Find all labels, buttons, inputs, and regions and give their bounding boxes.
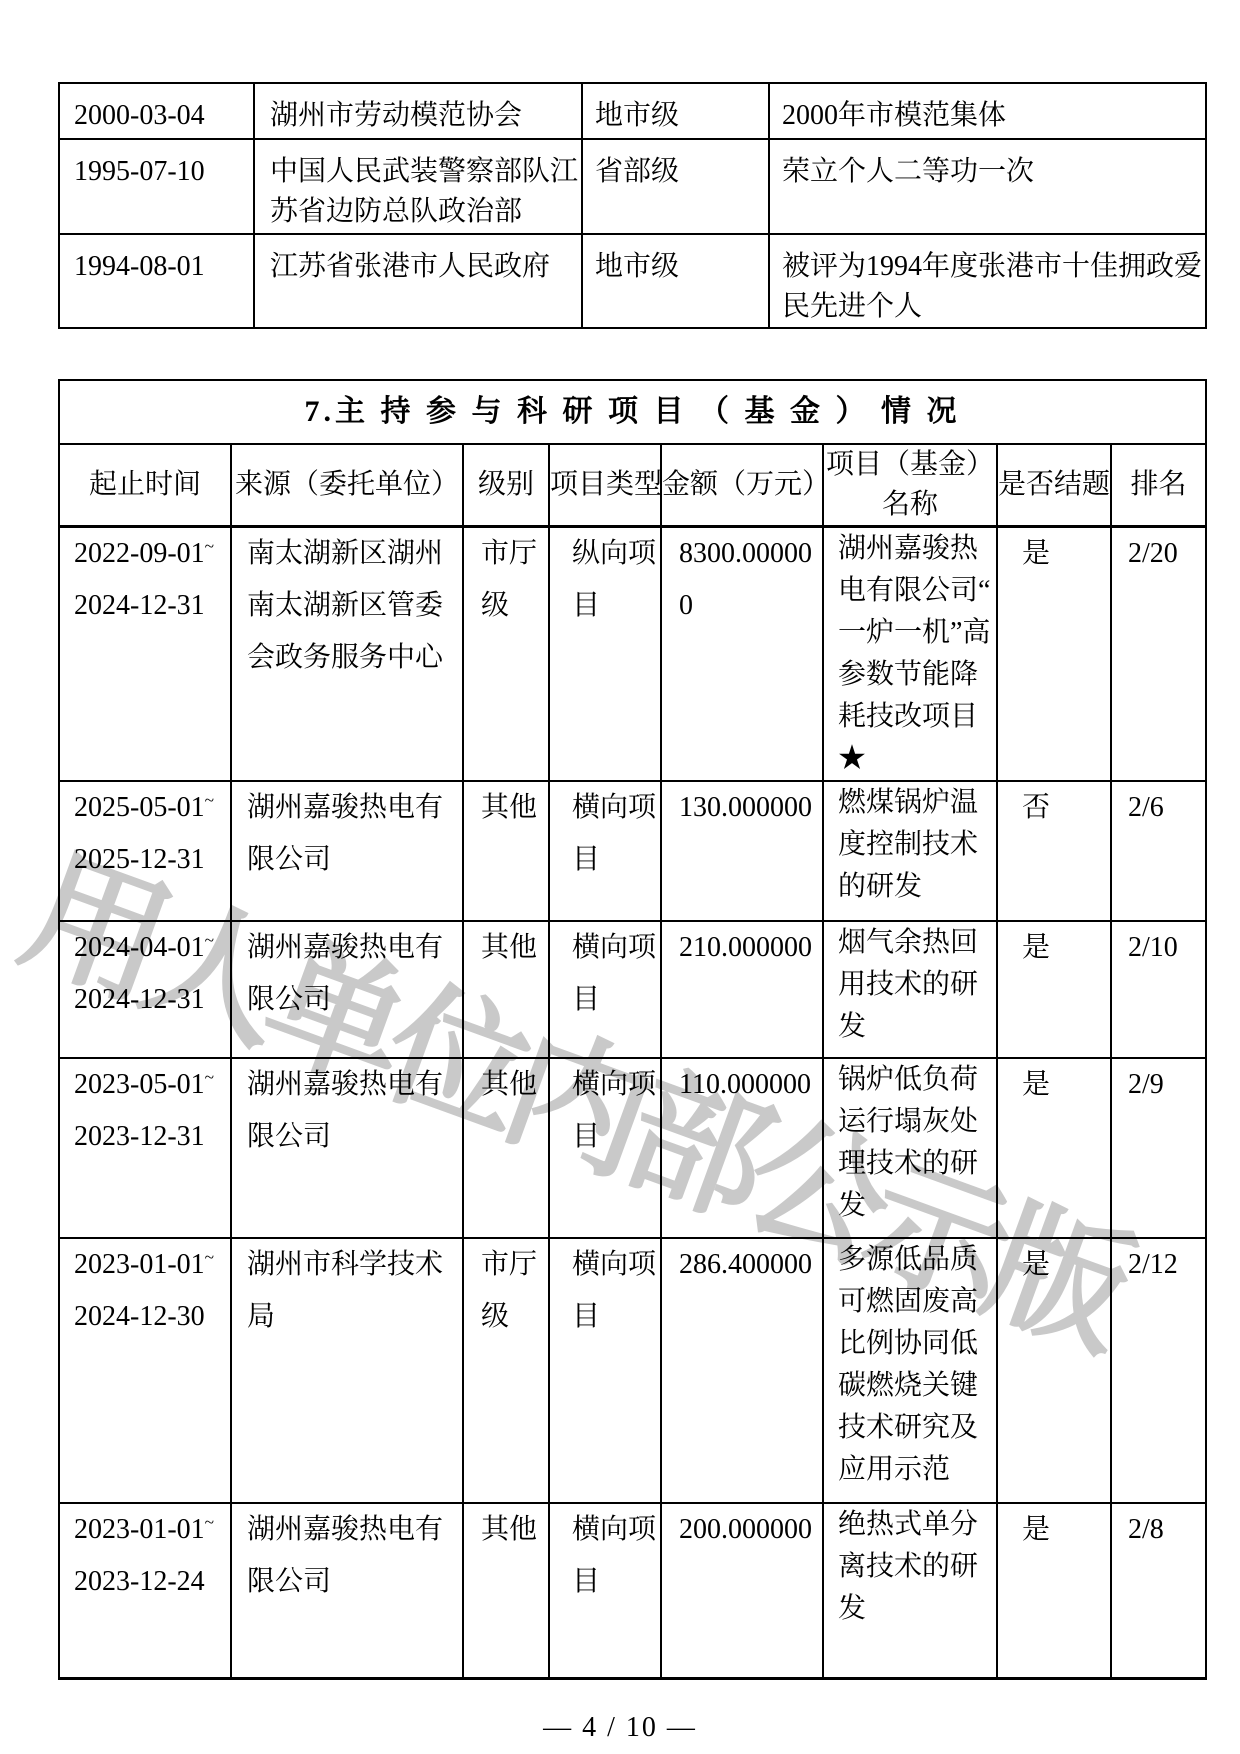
cell-source: 湖州嘉骏热电有限公司 bbox=[231, 921, 463, 1058]
cell-completed: 是 bbox=[997, 921, 1111, 1058]
table-row: 2023-01-01~2023-12-24 湖州嘉骏热电有限公司 其他 横向项目… bbox=[59, 1503, 1206, 1678]
tilde: ~ bbox=[205, 931, 214, 950]
projects-table-title: 7.主 持 参 与 科 研 项 目 （ 基 金 ） 情 况 bbox=[59, 380, 1206, 444]
table-row: 2022-09-01~2024-12-31 南太湖新区湖州南太湖新区管委会政务服… bbox=[59, 527, 1206, 782]
page-footer: — 4 / 10 — bbox=[0, 1712, 1240, 1744]
cell-type: 纵向项目 bbox=[549, 527, 661, 782]
cell-level: 市厅级 bbox=[463, 527, 549, 782]
period-end: 2024-12-31 bbox=[74, 580, 228, 632]
cell-type: 横向项目 bbox=[549, 1238, 661, 1503]
column-header-level: 级别 bbox=[463, 444, 549, 527]
cell-rank: 2/8 bbox=[1111, 1503, 1206, 1678]
cell-type: 横向项目 bbox=[549, 1058, 661, 1238]
period-end: 2024-12-30 bbox=[74, 1291, 228, 1343]
cell-level: 其他 bbox=[463, 921, 549, 1058]
cell-award-name: 2000年市模范集体 bbox=[769, 83, 1206, 139]
cell-period: 2023-01-01~2023-12-24 bbox=[59, 1503, 231, 1678]
cell-award-org: 江苏省张港市人民政府 bbox=[254, 234, 582, 328]
period-start: 2023-01-01 bbox=[74, 1514, 205, 1545]
cell-rank: 2/12 bbox=[1111, 1238, 1206, 1503]
cell-project-name: 多源低品质可燃固废高比例协同低碳燃烧关键技术研究及应用示范 bbox=[823, 1238, 997, 1503]
tilde: ~ bbox=[205, 1248, 214, 1267]
cell-amount: 210.000000 bbox=[661, 921, 823, 1058]
column-header-period: 起止时间 bbox=[59, 444, 231, 527]
period-end: 2024-12-31 bbox=[74, 974, 228, 1026]
column-header-completed: 是否结题 bbox=[997, 444, 1111, 527]
cell-rank: 2/20 bbox=[1111, 527, 1206, 782]
table-row: 2023-01-01~2024-12-30 湖州市科学技术局 市厅级 横向项目 … bbox=[59, 1238, 1206, 1503]
table-row: 7.主 持 参 与 科 研 项 目 （ 基 金 ） 情 况 bbox=[59, 380, 1206, 444]
cell-amount: 286.400000 bbox=[661, 1238, 823, 1503]
cell-project-name: 烟气余热回用技术的研发 bbox=[823, 921, 997, 1058]
period-start: 2022-09-01 bbox=[74, 538, 205, 569]
period-end: 2023-12-24 bbox=[74, 1556, 228, 1608]
table-row: 2000-03-04 湖州市劳动模范协会 地市级 2000年市模范集体 bbox=[59, 83, 1206, 139]
projects-table: 7.主 持 参 与 科 研 项 目 （ 基 金 ） 情 况 起止时间 来源（委托… bbox=[58, 379, 1207, 1680]
cell-source: 湖州嘉骏热电有限公司 bbox=[231, 1058, 463, 1238]
column-header-name: 项目（基金）名称 bbox=[823, 444, 997, 527]
cell-source: 湖州嘉骏热电有限公司 bbox=[231, 781, 463, 921]
period-start: 2024-04-01 bbox=[74, 932, 205, 963]
column-header-source: 来源（委托单位） bbox=[231, 444, 463, 527]
cell-rank: 2/9 bbox=[1111, 1058, 1206, 1238]
table-row: 2023-05-01~2023-12-31 湖州嘉骏热电有限公司 其他 横向项目… bbox=[59, 1058, 1206, 1238]
table-row: 1995-07-10 中国人民武装警察部队江苏省边防总队政治部 省部级 荣立个人… bbox=[59, 139, 1206, 234]
cell-level: 其他 bbox=[463, 781, 549, 921]
period-start: 2025-05-01 bbox=[74, 792, 205, 823]
cell-amount: 110.000000 bbox=[661, 1058, 823, 1238]
tilde: ~ bbox=[205, 537, 214, 556]
cell-source: 湖州嘉骏热电有限公司 bbox=[231, 1503, 463, 1678]
period-end: 2023-12-31 bbox=[74, 1111, 228, 1163]
cell-source: 南太湖新区湖州南太湖新区管委会政务服务中心 bbox=[231, 527, 463, 782]
cell-award-date: 1994-08-01 bbox=[59, 234, 254, 328]
cell-level: 其他 bbox=[463, 1058, 549, 1238]
cell-completed: 是 bbox=[997, 1238, 1111, 1503]
period-end: 2025-12-31 bbox=[74, 834, 228, 886]
column-header-amount: 金额（万元） bbox=[661, 444, 823, 527]
cell-project-name: 燃煤锅炉温度控制技术的研发 bbox=[823, 781, 997, 921]
cell-type: 横向项目 bbox=[549, 781, 661, 921]
cell-type: 横向项目 bbox=[549, 1503, 661, 1678]
cell-level: 其他 bbox=[463, 1503, 549, 1678]
cell-period: 2025-05-01~2025-12-31 bbox=[59, 781, 231, 921]
cell-award-org: 中国人民武装警察部队江苏省边防总队政治部 bbox=[254, 139, 582, 234]
cell-award-date: 2000-03-04 bbox=[59, 83, 254, 139]
cell-award-name: 被评为1994年度张港市十佳拥政爱民先进个人 bbox=[769, 234, 1206, 328]
cell-period: 2024-04-01~2024-12-31 bbox=[59, 921, 231, 1058]
cell-completed: 是 bbox=[997, 1058, 1111, 1238]
tilde: ~ bbox=[205, 1513, 214, 1532]
cell-completed: 是 bbox=[997, 1503, 1111, 1678]
cell-type: 横向项目 bbox=[549, 921, 661, 1058]
cell-project-name: 锅炉低负荷运行塌灰处理技术的研发 bbox=[823, 1058, 997, 1238]
document-page: 用人单位内部公示版 2000-03-04 湖州市劳动模范协会 地市级 2000年… bbox=[0, 0, 1240, 1754]
cell-period: 2023-01-01~2024-12-30 bbox=[59, 1238, 231, 1503]
tilde: ~ bbox=[205, 1068, 214, 1087]
awards-table: 2000-03-04 湖州市劳动模范协会 地市级 2000年市模范集体 1995… bbox=[58, 82, 1207, 329]
table-row: 2025-05-01~2025-12-31 湖州嘉骏热电有限公司 其他 横向项目… bbox=[59, 781, 1206, 921]
period-start: 2023-01-01 bbox=[74, 1249, 205, 1280]
cell-amount: 8300.000000 bbox=[661, 527, 823, 782]
cell-award-level: 地市级 bbox=[582, 234, 769, 328]
cell-period: 2022-09-01~2024-12-31 bbox=[59, 527, 231, 782]
period-start: 2023-05-01 bbox=[74, 1069, 205, 1100]
table-row: 1994-08-01 江苏省张港市人民政府 地市级 被评为1994年度张港市十佳… bbox=[59, 234, 1206, 328]
cell-award-name: 荣立个人二等功一次 bbox=[769, 139, 1206, 234]
cell-award-date: 1995-07-10 bbox=[59, 139, 254, 234]
cell-completed: 是 bbox=[997, 527, 1111, 782]
table-header-row: 起止时间 来源（委托单位） 级别 项目类型 金额（万元） 项目（基金）名称 是否… bbox=[59, 444, 1206, 527]
cell-rank: 2/6 bbox=[1111, 781, 1206, 921]
cell-period: 2023-05-01~2023-12-31 bbox=[59, 1058, 231, 1238]
column-header-type: 项目类型 bbox=[549, 444, 661, 527]
cell-level: 市厅级 bbox=[463, 1238, 549, 1503]
cell-rank: 2/10 bbox=[1111, 921, 1206, 1058]
cell-source: 湖州市科学技术局 bbox=[231, 1238, 463, 1503]
column-header-rank: 排名 bbox=[1111, 444, 1206, 527]
cell-award-level: 地市级 bbox=[582, 83, 769, 139]
tilde: ~ bbox=[205, 791, 214, 810]
cell-completed: 否 bbox=[997, 781, 1111, 921]
cell-award-org: 湖州市劳动模范协会 bbox=[254, 83, 582, 139]
cell-project-name: 湖州嘉骏热电有限公司“一炉一机”高参数节能降耗技改项目★ bbox=[823, 527, 997, 782]
table-row: 2024-04-01~2024-12-31 湖州嘉骏热电有限公司 其他 横向项目… bbox=[59, 921, 1206, 1058]
cell-amount: 200.000000 bbox=[661, 1503, 823, 1678]
cell-amount: 130.000000 bbox=[661, 781, 823, 921]
cell-project-name: 绝热式单分离技术的研发 bbox=[823, 1503, 997, 1678]
cell-award-level: 省部级 bbox=[582, 139, 769, 234]
